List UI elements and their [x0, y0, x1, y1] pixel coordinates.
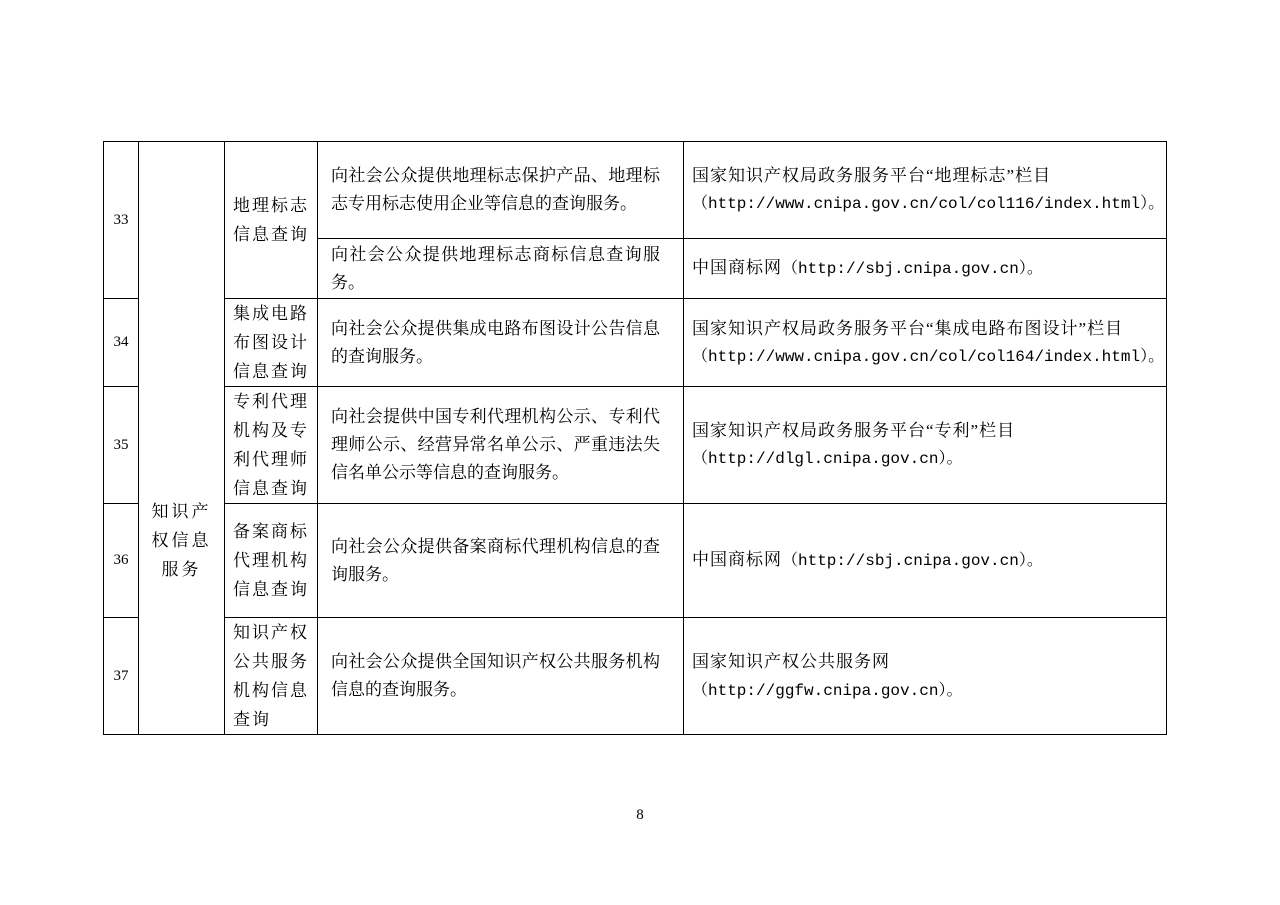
table-row: 36 备案商标代理机构信息查询 向社会公众提供备案商标代理机构信息的查询服务。 … [104, 504, 1167, 618]
service-name-cell: 专利代理机构及专利代理师信息查询 [225, 387, 318, 504]
service-source-cell: 国家知识产权局政务服务平台“地理标志”栏目（http://www.cnipa.g… [684, 142, 1167, 239]
service-source-cell: 国家知识产权局政务服务平台“集成电路布图设计”栏目（http://www.cni… [684, 299, 1167, 387]
source-url: （http://ggfw.cnipa.gov.cn）。 [692, 682, 962, 700]
service-description-cell: 向社会公众提供备案商标代理机构信息的查询服务。 [318, 504, 684, 618]
table-row: 34 集成电路布图设计信息查询 向社会公众提供集成电路布图设计公告信息的查询服务… [104, 299, 1167, 387]
table-row: 33 知识产权信息服务 地理标志信息查询 向社会公众提供地理标志保护产品、地理标… [104, 142, 1167, 239]
row-number-cell: 36 [104, 504, 139, 618]
source-url: （http://sbj.cnipa.gov.cn）。 [782, 260, 1043, 278]
service-source-cell: 中国商标网（http://sbj.cnipa.gov.cn）。 [684, 504, 1167, 618]
service-name-cell: 知识产权公共服务机构信息查询 [225, 618, 318, 735]
service-description-cell: 向社会公众提供集成电路布图设计公告信息的查询服务。 [318, 299, 684, 387]
row-number-cell: 33 [104, 142, 139, 299]
source-name: 中国商标网 [692, 258, 782, 277]
table-row: 37 知识产权公共服务机构信息查询 向社会公众提供全国知识产权公共服务机构信息的… [104, 618, 1167, 735]
row-number-cell: 37 [104, 618, 139, 735]
row-number-cell: 35 [104, 387, 139, 504]
source-name: 国家知识产权局政务服务平台“集成电路布图设计”栏目 [692, 319, 1123, 338]
document-page: 33 知识产权信息服务 地理标志信息查询 向社会公众提供地理标志保护产品、地理标… [0, 0, 1280, 905]
service-source-cell: 中国商标网（http://sbj.cnipa.gov.cn）。 [684, 239, 1167, 299]
service-source-cell: 国家知识产权局政务服务平台“专利”栏目（http://dlgl.cnipa.go… [684, 387, 1167, 504]
source-url: （http://www.cnipa.gov.cn/col/col116/inde… [692, 190, 1158, 218]
service-name-cell: 集成电路布图设计信息查询 [225, 299, 318, 387]
source-url: （http://dlgl.cnipa.gov.cn）。 [692, 445, 1158, 473]
service-name-cell: 地理标志信息查询 [225, 142, 318, 299]
source-name: 国家知识产权公共服务网 [692, 652, 890, 671]
source-url: （http://sbj.cnipa.gov.cn）。 [782, 552, 1043, 570]
service-description-cell: 向社会公众提供地理标志商标信息查询服务。 [318, 239, 684, 299]
service-description-cell: 向社会公众提供地理标志保护产品、地理标志专用标志使用企业等信息的查询服务。 [318, 142, 684, 239]
service-source-cell: 国家知识产权公共服务网（http://ggfw.cnipa.gov.cn）。 [684, 618, 1167, 735]
services-table: 33 知识产权信息服务 地理标志信息查询 向社会公众提供地理标志保护产品、地理标… [103, 141, 1167, 735]
service-description-cell: 向社会公众提供全国知识产权公共服务机构信息的查询服务。 [318, 618, 684, 735]
source-name: 国家知识产权局政务服务平台“地理标志”栏目 [692, 166, 1051, 185]
page-number: 8 [0, 807, 1280, 824]
row-number-cell: 34 [104, 299, 139, 387]
table-row: 35 专利代理机构及专利代理师信息查询 向社会提供中国专利代理机构公示、专利代理… [104, 387, 1167, 504]
source-url: （http://www.cnipa.gov.cn/col/col164/inde… [692, 343, 1158, 371]
service-description-cell: 向社会提供中国专利代理机构公示、专利代理师公示、经营异常名单公示、严重违法失信名… [318, 387, 684, 504]
source-name: 中国商标网 [692, 550, 782, 569]
service-name-cell: 备案商标代理机构信息查询 [225, 504, 318, 618]
source-name: 国家知识产权局政务服务平台“专利”栏目 [692, 421, 1015, 440]
category-cell: 知识产权信息服务 [139, 142, 225, 735]
